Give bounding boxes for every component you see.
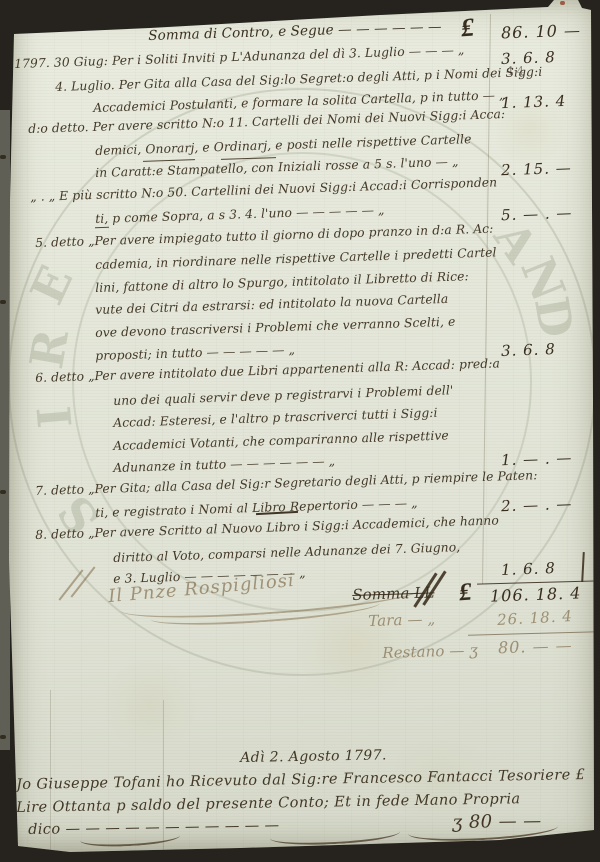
neighbor-page-ink-mark: [0, 300, 6, 304]
neighbor-page-ink-mark: [0, 155, 6, 159]
neighbor-page-ink-mark: [0, 490, 6, 494]
underlying-page-edge: [0, 110, 10, 750]
paper-edge-shading: [0, 0, 600, 862]
neighbor-page-ink-mark: [0, 735, 6, 739]
photo-background: E R I S A N D Somma di Contro, e Segue —…: [0, 0, 600, 862]
manuscript-page: E R I S A N D Somma di Contro, e Segue —…: [0, 0, 600, 862]
